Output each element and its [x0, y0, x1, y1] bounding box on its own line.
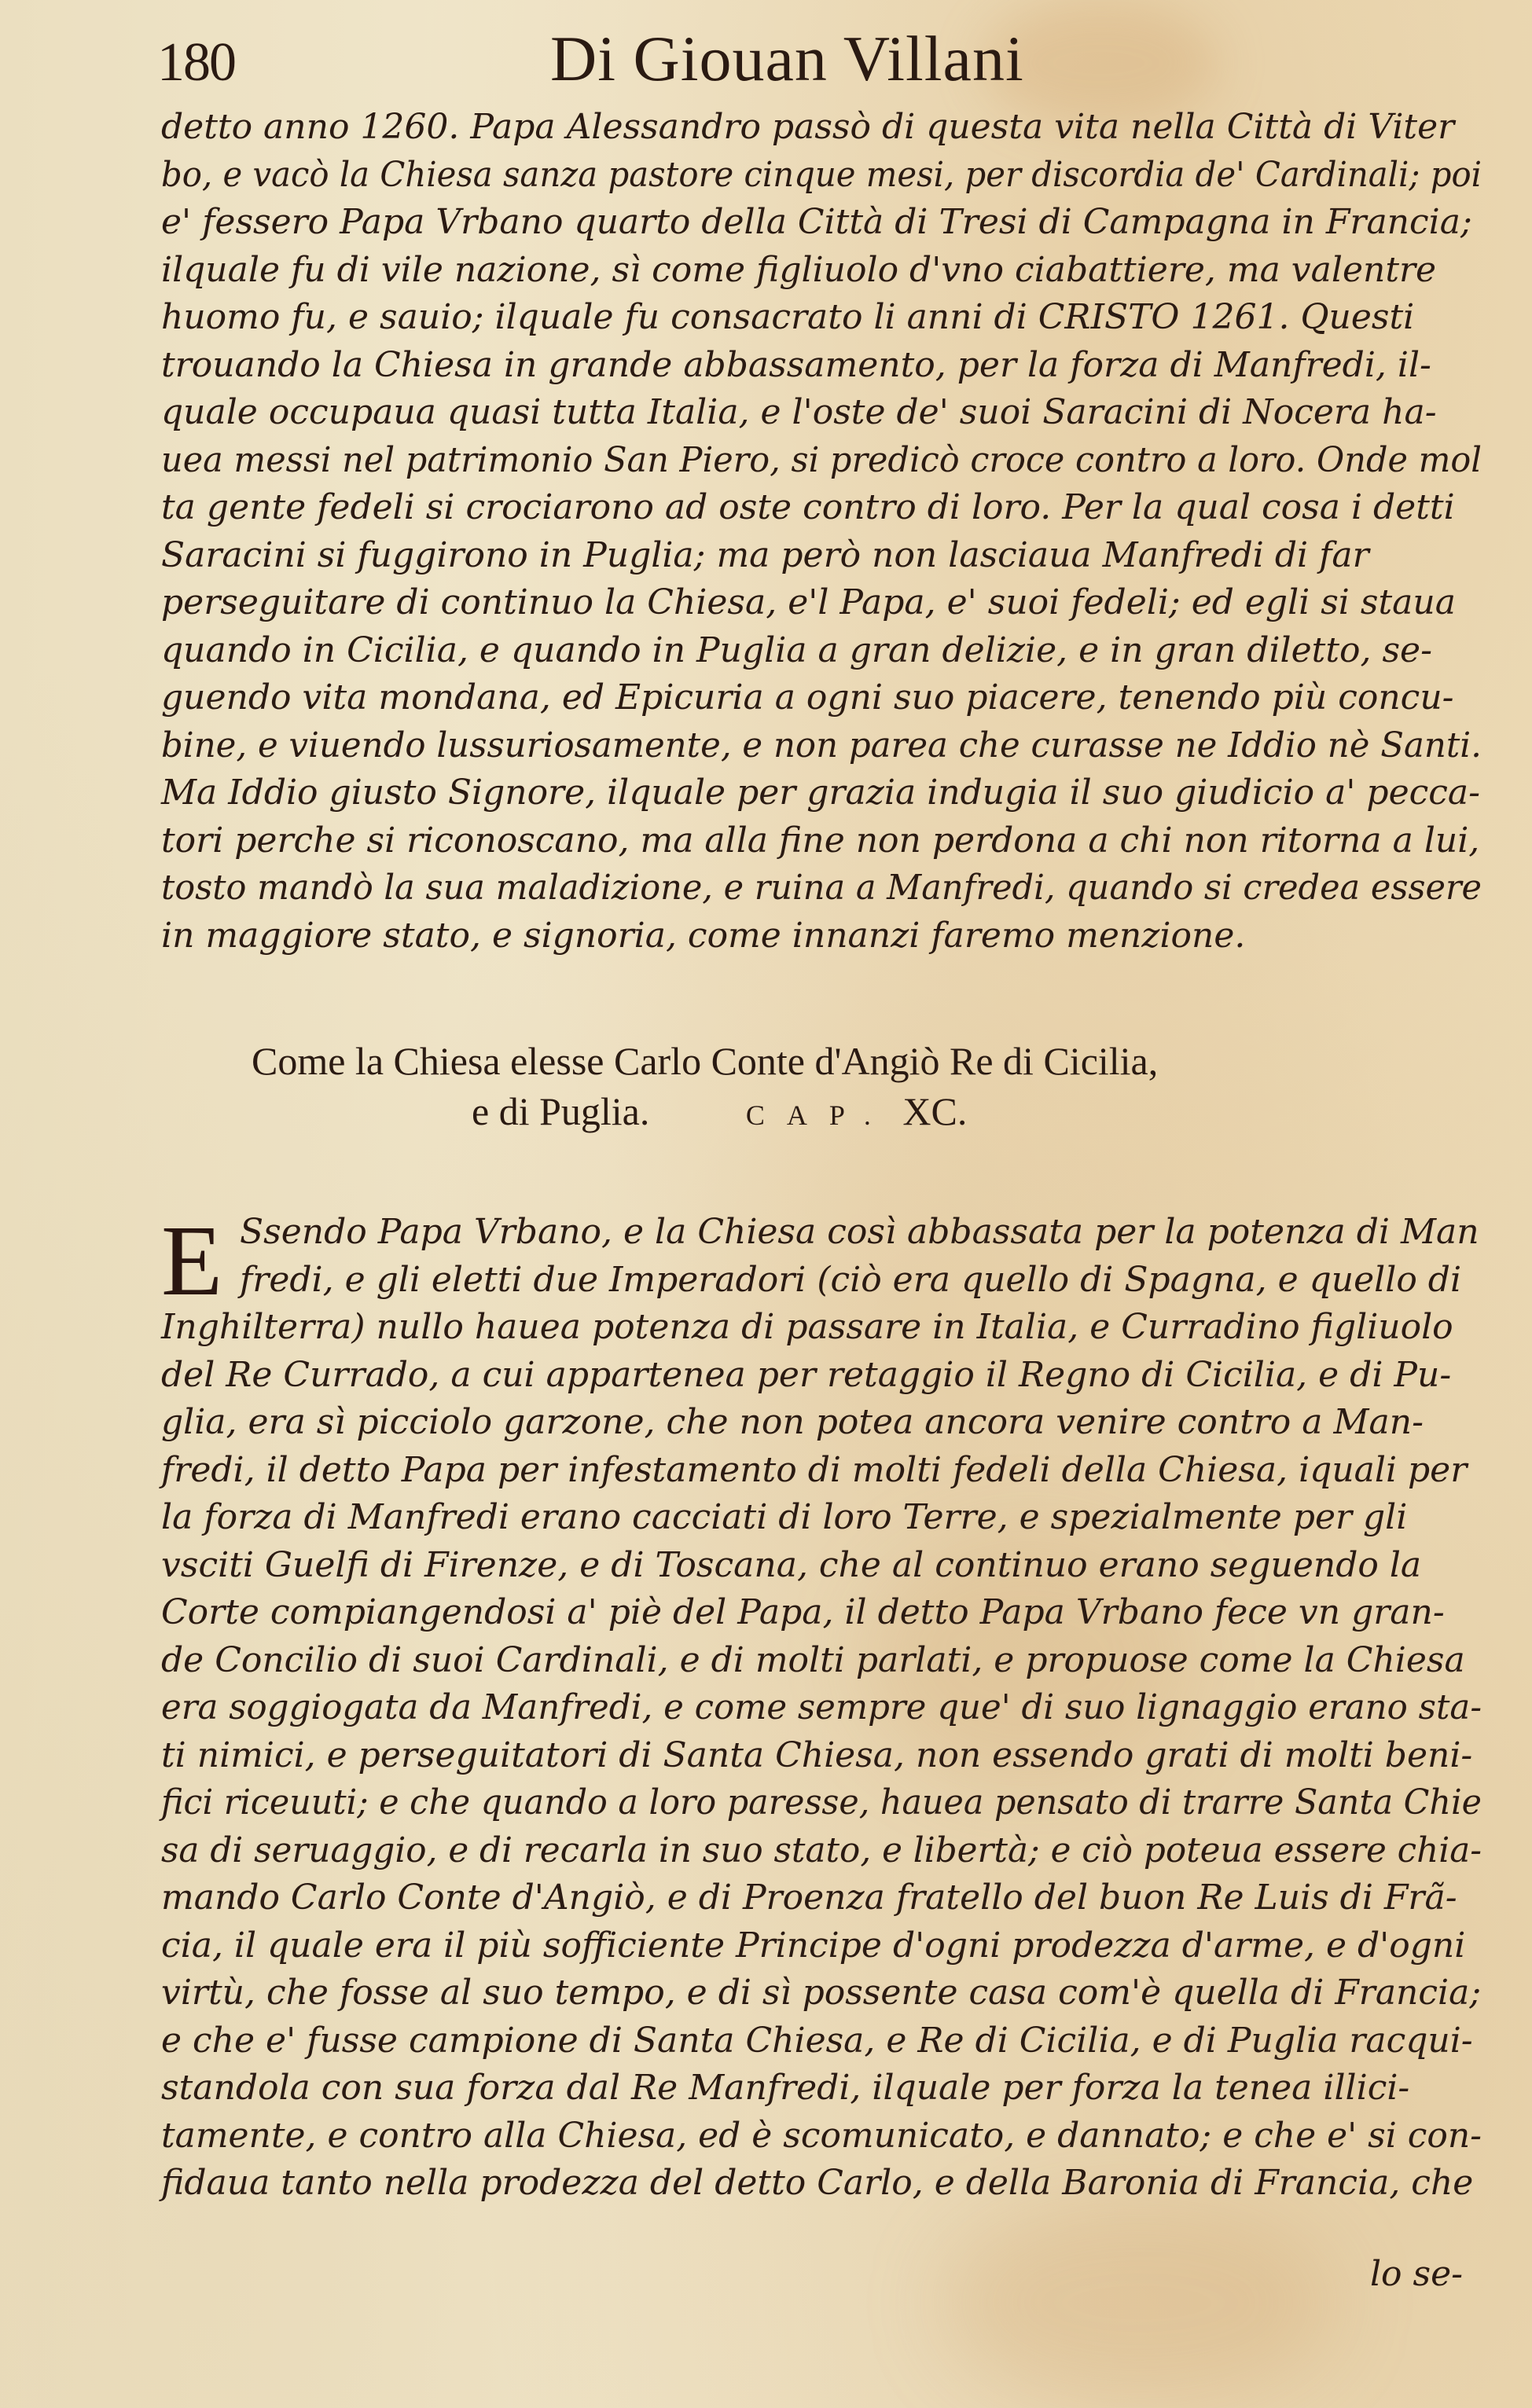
text-line: bine, e viuendo lussuriosamente, e non p…: [161, 722, 1482, 770]
text-line: bo, e vacò la Chiesa sanza pastore cinqu…: [161, 152, 1482, 200]
text-line: ti nimici, e perseguitatori di Santa Chi…: [161, 1731, 1472, 1778]
text-line: tosto mandò la sua maladizione, e ruina …: [161, 864, 1482, 912]
chapter-text: E Ssendo Papa Vrbano, e la Chiesa così a…: [161, 1207, 1482, 2206]
text-line: sa di seruaggio, e di recarla in suo sta…: [161, 1826, 1482, 1874]
text-line: ilquale fu di vile nazione, sì come figl…: [161, 247, 1436, 295]
text-line: huomo fu, e sauio; ilquale fu consacrato…: [161, 294, 1414, 342]
book-page: 180 Di Giouan Villani detto anno 1260. P…: [0, 0, 1532, 2408]
text-line: Inghilterra) nullo hauea potenza di pass…: [161, 1302, 1453, 1350]
text-line: in maggiore stato, e signoria, come inna…: [161, 912, 1482, 960]
text-line: detto anno 1260. Papa Alessandro passò d…: [161, 104, 1454, 152]
text-line: quale occupaua quasi tutta Italia, e l'o…: [161, 389, 1437, 437]
chapter-label: CAP.: [746, 1099, 893, 1131]
text-line: e' fessero Papa Vrbano quarto della Citt…: [161, 199, 1472, 247]
text-line: del Re Currado, a cui appartenea per ret…: [161, 1350, 1451, 1398]
text-line: virtù, che fosse al suo tempo, e di sì p…: [161, 1968, 1481, 2016]
text-line: la forza di Manfredi erano cacciati di l…: [161, 1492, 1407, 1540]
text-line: Ma Iddio giusto Signore, ilquale per gra…: [161, 769, 1480, 817]
text-line: fredi, il detto Papa per infestamento di…: [161, 1445, 1467, 1493]
text-line: Corte compiangendosi a' piè del Papa, il…: [161, 1588, 1445, 1635]
running-header: 180 Di Giouan Villani: [157, 22, 1509, 108]
text-line: guendo vita mondana, ed Epicuria a ogni …: [161, 674, 1454, 722]
running-title: Di Giouan Villani: [550, 22, 1024, 96]
chapter-title-line1: Come la Chiesa elesse Carlo Conte d'Angi…: [236, 1036, 1462, 1086]
text-line: tori perche si riconoscano, ma alla fine…: [161, 817, 1479, 865]
paper-stain: [943, 2201, 1336, 2405]
chapter-number: XC.: [902, 1089, 967, 1133]
text-line: mando Carlo Conte d'Angiò, e di Proenza …: [161, 1873, 1457, 1921]
page-number: 180: [157, 31, 235, 94]
text-line: Saracini si fuggirono in Puglia; ma però…: [161, 532, 1369, 580]
text-line: uea messi nel patrimonio San Piero, si p…: [161, 437, 1482, 485]
text-line: standola con sua forza dal Re Manfredi, …: [161, 2063, 1409, 2111]
text-line: trouando la Chiesa in grande abbassament…: [161, 342, 1431, 390]
text-line: cia, il quale era il più sofficiente Pri…: [161, 1921, 1465, 1969]
text-line: glia, era sì picciolo garzone, che non p…: [161, 1397, 1424, 1445]
text-line: fidaua tanto nella prodezza del detto Ca…: [161, 2158, 1473, 2206]
text-line: fredi, e gli eletti due Imperadori (ciò …: [161, 1255, 1461, 1303]
text-line: de Concilio di suoi Cardinali, e di molt…: [161, 1635, 1465, 1683]
text-line: vsciti Guelfi di Firenze, e di Toscana, …: [161, 1540, 1421, 1588]
chapter-title-line2: e di Puglia. CAP. XC.: [236, 1086, 1462, 1140]
text-line: Ssendo Papa Vrbano, e la Chiesa così abb…: [161, 1207, 1479, 1255]
text-line: fici riceuuti; e che quando a loro pares…: [161, 1778, 1482, 1826]
text-line: quando in Cicilia, e quando in Puglia a …: [161, 627, 1432, 675]
text-line: ta gente fedeli si crociarono ad oste co…: [161, 484, 1455, 532]
chapter-title-line2-text: e di Puglia.: [472, 1089, 649, 1133]
body-text: detto anno 1260. Papa Alessandro passò d…: [161, 104, 1482, 960]
text-line: e che e' fusse campione di Santa Chiesa,…: [161, 2016, 1473, 2064]
chapter-heading: Come la Chiesa elesse Carlo Conte d'Angi…: [236, 1036, 1462, 1140]
catchword: lo se-: [1370, 2254, 1463, 2294]
text-line: era soggiogata da Manfredi, e come sempr…: [161, 1683, 1482, 1731]
text-line: tamente, e contro alla Chiesa, ed è scom…: [161, 2111, 1482, 2159]
text-line: perseguitare di continuo la Chiesa, e'l …: [161, 579, 1456, 627]
